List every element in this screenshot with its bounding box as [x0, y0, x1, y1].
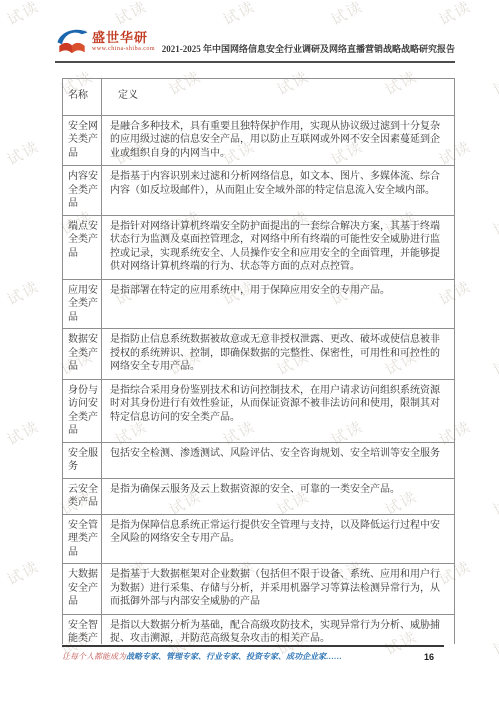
table-row: 云安全类产品 是指为确保云服务及云上数据资源的安全、可靠的一类安全产品。 — [63, 478, 455, 514]
product-definition: 是指针对网络计算机终端安全防护面提出的一套综合解决方案，其基于终端状态行为监测及… — [102, 215, 455, 279]
book-swoosh-logo-icon — [55, 27, 89, 56]
product-name: 安全服务 — [63, 442, 102, 478]
table-row: 数据安全类产品 是指防止信息系统数据被故意或无意非授权泄露、更改、破坏或使信息被… — [63, 329, 455, 380]
watermark-text: 试读 — [219, 0, 259, 30]
product-definition: 是指部署在特定的应用系统中，用于保障应用安全的专用产品。 — [102, 279, 455, 329]
watermark-text: 试读 — [327, 0, 367, 30]
watermark-text: 试读 — [489, 625, 499, 660]
page-footer: 让每个人都能成为战略专家、管理专家、行业专家、投资专家、成功企业家…… 16 — [62, 645, 444, 662]
table-row: 安全网关类产品 是融合多种技术，具有重要且独特保护作用，实现从协议级过滤到十分复… — [63, 115, 455, 166]
footer-slogan-prefix: 让每个人都能成为 — [62, 652, 126, 661]
product-definition: 是指以大数据分析为基础，配合高级攻防技术，实现异常行为分析、威胁捕捉、攻击溯源，… — [102, 614, 455, 644]
watermark-text: 试读 — [489, 65, 499, 100]
watermark-text: 试读 — [3, 135, 43, 170]
watermark-text: 试读 — [3, 415, 43, 450]
table-row: 安全管理类产品 是指为保障信息系统正常运行提供安全管理与支持，以及降低运行过程中… — [63, 514, 455, 564]
brand-url: www.china-shiba.com — [92, 46, 155, 52]
product-name: 数据安全类产品 — [63, 329, 102, 380]
watermark-text: 试读 — [3, 275, 43, 310]
table-row: 安全智能类产品 是指以大数据分析为基础，配合高级攻防技术，实现异常行为分析、威胁… — [63, 614, 455, 644]
report-page: 试读试读试读试读试读试读试读试读试读试读试读试读试读试读试读试读试读试读试读试读… — [0, 0, 499, 706]
column-header-definition: 定义 — [102, 79, 455, 116]
brand-name: 盛世华研 — [92, 31, 155, 44]
product-name: 应用安全类产品 — [63, 279, 102, 329]
logo-text: 盛世华研 www.china-shiba.com — [92, 31, 155, 52]
product-name: 安全管理类产品 — [63, 514, 102, 564]
product-name: 安全网关类产品 — [63, 115, 102, 166]
product-definition: 是指基于大数据框架对企业数据（包括但不限于设备、系统、应用和用户行为数据）进行采… — [102, 564, 455, 615]
product-definition: 是融合多种技术，具有重要且独特保护作用，实现从协议级过滤到十分复杂的应用级过滤的… — [102, 115, 455, 166]
product-definition: 是指基于内容识别来过滤和分析网络信息，如文本、图片、多媒体流、综合内容（如反垃圾… — [102, 166, 455, 216]
table-row: 安全服务 包括安全检测、渗透测试、风险评估、安全咨询规划、安全培训等安全服务 — [63, 442, 455, 478]
watermark-text: 试读 — [111, 0, 151, 30]
product-name: 大数据安全产品 — [63, 564, 102, 615]
product-definition: 是指综合采用身份鉴别技术和访问控制技术，在用户请求访问组织系统资源时对其身份进行… — [102, 379, 455, 442]
table-row: 身份与访问安全类产品 是指综合采用身份鉴别技术和访问控制技术，在用户请求访问组织… — [63, 379, 455, 442]
page-number: 16 — [424, 652, 434, 662]
product-definition: 包括安全检测、渗透测试、风险评估、安全咨询规划、安全培训等安全服务 — [102, 442, 455, 478]
column-header-name: 名称 — [63, 79, 102, 116]
product-name: 云安全类产品 — [63, 478, 102, 514]
footer-slogan-highlight: 战略专家、管理专家、行业专家、投资专家、成功企业家…… — [126, 652, 342, 661]
watermark-text: 试读 — [489, 345, 499, 380]
definition-table-wrap: 名称 定义 安全网关类产品 是融合多种技术，具有重要且独特保护作用，实现从协议级… — [62, 78, 455, 644]
page-header: 盛世华研 www.china-shiba.com 2021-2025 年中国网络… — [55, 27, 455, 63]
product-definition: 是指防止信息系统数据被故意或无意非授权泄露、更改、破坏或使信息被非授权的系统辨识… — [102, 329, 455, 380]
watermark-text: 试读 — [489, 205, 499, 240]
table-row: 大数据安全产品 是指基于大数据框架对企业数据（包括但不限于设备、系统、应用和用户… — [63, 564, 455, 615]
product-definition: 是指为确保云服务及云上数据资源的安全、可靠的一类安全产品。 — [102, 478, 455, 514]
product-name: 内容安全类产品 — [63, 166, 102, 216]
product-name: 端点安全类产品 — [63, 215, 102, 279]
product-definition: 是指为保障信息系统正常运行提供安全管理与支持，以及降低运行过程中安全风险的网络安… — [102, 514, 455, 564]
table-row: 端点安全类产品 是指针对网络计算机终端安全防护面提出的一套综合解决方案，其基于终… — [63, 215, 455, 279]
table-row: 应用安全类产品 是指部署在特定的应用系统中，用于保障应用安全的专用产品。 — [63, 279, 455, 329]
watermark-text: 试读 — [3, 555, 43, 590]
product-name: 安全智能类产品 — [63, 614, 102, 644]
watermark-text: 试读 — [489, 485, 499, 520]
product-name: 身份与访问安全类产品 — [63, 379, 102, 442]
report-title: 2021-2025 年中国网络信息安全行业调研及网络直播营销战略战略研究报告 — [162, 42, 455, 56]
footer-slogan: 让每个人都能成为战略专家、管理专家、行业专家、投资专家、成功企业家…… — [62, 652, 342, 662]
company-logo: 盛世华研 www.china-shiba.com — [55, 27, 155, 56]
table-row: 内容安全类产品 是指基于内容识别来过滤和分析网络信息，如文本、图片、多媒体流、综… — [63, 166, 455, 216]
table-header-row: 名称 定义 — [63, 79, 455, 116]
definition-table: 名称 定义 安全网关类产品 是融合多种技术，具有重要且独特保护作用，实现从协议级… — [62, 78, 455, 644]
watermark-text: 试读 — [435, 0, 475, 30]
watermark-text: 试读 — [3, 0, 43, 30]
